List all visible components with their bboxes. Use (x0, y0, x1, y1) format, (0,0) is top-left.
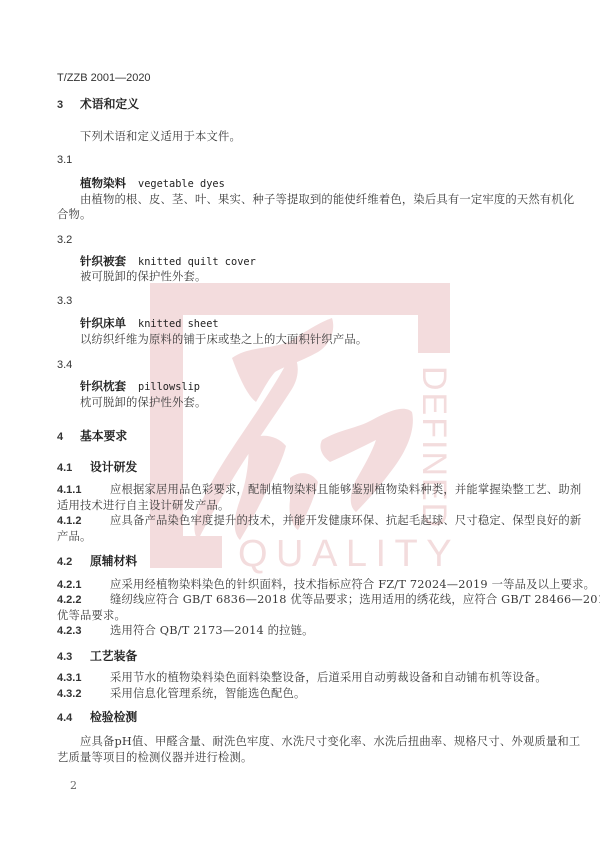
term-definition: 由植物的根、皮、茎、叶、果实、种子等提取到的能使纤维着色，染后具有一定牢度的天然… (80, 193, 574, 207)
clause-number: 4.2.2 (57, 593, 110, 607)
clause-text: 采用节水的植物染料染色面料染整设备，后道采用自动剪裁设备和自动铺布机等设备。 (110, 671, 547, 684)
clause-text: 选用符合 QB/T 2173—2014 的拉链。 (110, 624, 314, 637)
term-definition: 枕可脱卸的保护性外套。 (80, 396, 206, 410)
clause-number: 4.2.1 (57, 578, 110, 592)
subsection-number: 4.4 (57, 711, 90, 725)
term-heading: 针织被套knitted quilt cover (80, 255, 256, 269)
clause: 4.2.1应采用经植物染料染色的针织面料，技术指标应符合 FZ/T 72024—… (57, 578, 595, 592)
term-zh: 植物染料 (80, 178, 126, 190)
clause-text: 应采用经植物染料染色的针织面料，技术指标应符合 FZ/T 72024—2019 … (110, 578, 595, 591)
clause: 4.3.2采用信息化管理系统，智能选色配色。 (57, 687, 305, 701)
clause-text: 适用技术进行自主设计研发产品。 (57, 499, 229, 513)
clause-number: 4.3.1 (57, 671, 110, 685)
clause: 4.1.1应根据家居用品色彩要求，配制植物染料且能够鉴别植物染料种类，并能掌握染… (57, 483, 581, 497)
clause-text: 采用信息化管理系统，智能选色配色。 (110, 687, 305, 700)
term-definition: 以纺织纤维为原料的铺于床或垫之上的大面积针织产品。 (80, 333, 367, 347)
term-en: knitted sheet (138, 318, 219, 330)
section-title: 基本要求 (80, 429, 127, 443)
term-number: 3.1 (57, 153, 72, 167)
standard-code: T/ZZB 2001—2020 (57, 71, 151, 85)
document-page: DEFINED QUALITY T/ZZB 2001—2020 3术语和定义 下… (0, 0, 600, 849)
watermark-bottom-text: QUALITY (238, 533, 460, 575)
section-number: 3 (57, 98, 80, 112)
term-heading: 植物染料vegetable dyes (80, 177, 225, 191)
subsection-number: 4.2 (57, 555, 90, 569)
term-number: 3.3 (57, 294, 72, 308)
clause: 4.2.3选用符合 QB/T 2173—2014 的拉链。 (57, 624, 314, 638)
clause-number: 4.1.1 (57, 483, 110, 497)
subsection-heading: 4.3工艺装备 (57, 649, 137, 664)
clause-text: 缝纫线应符合 GB/T 6836—2018 优等品要求；选用适用的绣花线，应符合… (110, 593, 600, 606)
term-zh: 针织被套 (80, 256, 126, 268)
subsection-number: 4.1 (57, 461, 90, 475)
subsection-title: 原辅材料 (90, 554, 137, 568)
clause: 4.2.2缝纫线应符合 GB/T 6836—2018 优等品要求；选用适用的绣花… (57, 593, 600, 607)
subsection-heading: 4.1设计研发 (57, 460, 137, 475)
term-en: knitted quilt cover (138, 256, 256, 268)
term-zh: 针织床单 (80, 318, 126, 330)
subsection-title: 检验检测 (90, 710, 137, 724)
term-en: vegetable dyes (138, 178, 225, 190)
term-number: 3.2 (57, 233, 72, 247)
subsection-heading: 4.2原辅材料 (57, 554, 137, 569)
subsection-title: 工艺装备 (90, 649, 137, 663)
term-heading: 针织枕套pillowslip (80, 380, 200, 394)
clause-text: 应根据家居用品色彩要求，配制植物染料且能够鉴别植物染料种类，并能掌握染整工艺、助… (110, 483, 581, 496)
clause: 4.1.2应具备产品染色牢度提升的技术，并能开发健康环保、抗起毛起球、尺寸稳定、… (57, 514, 581, 528)
paragraph-text: 应具备pH值、甲醛含量、耐洗色牢度、水洗尺寸变化率、水洗后扭曲率、规格尺寸、外观… (80, 735, 580, 749)
subsection-heading: 4.4检验检测 (57, 710, 137, 725)
calligraphy-stroke-top (232, 318, 333, 402)
term-definition: 合物。 (57, 208, 92, 222)
paragraph-text: 艺质量等项目的检测仪器并进行检测。 (57, 751, 252, 765)
clause-text: 优等品要求。 (57, 609, 126, 623)
term-heading: 针织床单knitted sheet (80, 317, 219, 331)
term-en: pillowslip (138, 381, 200, 393)
clause: 4.3.1采用节水的植物染料染色面料染整设备，后道采用自动剪裁设备和自动铺布机等… (57, 671, 547, 685)
clause-text: 产品。 (57, 530, 92, 544)
page-number: 2 (70, 779, 77, 793)
term-zh: 针织枕套 (80, 381, 126, 393)
clause-number: 4.2.3 (57, 624, 110, 638)
section-3-heading: 3术语和定义 (57, 97, 139, 112)
subsection-number: 4.3 (57, 650, 90, 664)
term-number: 3.4 (57, 358, 72, 372)
section-4-heading: 4基本要求 (57, 429, 127, 444)
section-number: 4 (57, 430, 80, 444)
term-definition: 被可脱卸的保护性外套。 (80, 270, 206, 284)
subsection-title: 设计研发 (90, 460, 137, 474)
watermark-vertical-text: DEFINED (415, 366, 453, 529)
clause-text: 应具备产品染色牢度提升的技术，并能开发健康环保、抗起毛起球、尺寸稳定、保型良好的… (110, 514, 581, 527)
clause-number: 4.3.2 (57, 687, 110, 701)
clause-number: 4.1.2 (57, 514, 110, 528)
section-title: 术语和定义 (80, 97, 139, 111)
section-3-intro: 下列术语和定义适用于本文件。 (80, 130, 241, 144)
